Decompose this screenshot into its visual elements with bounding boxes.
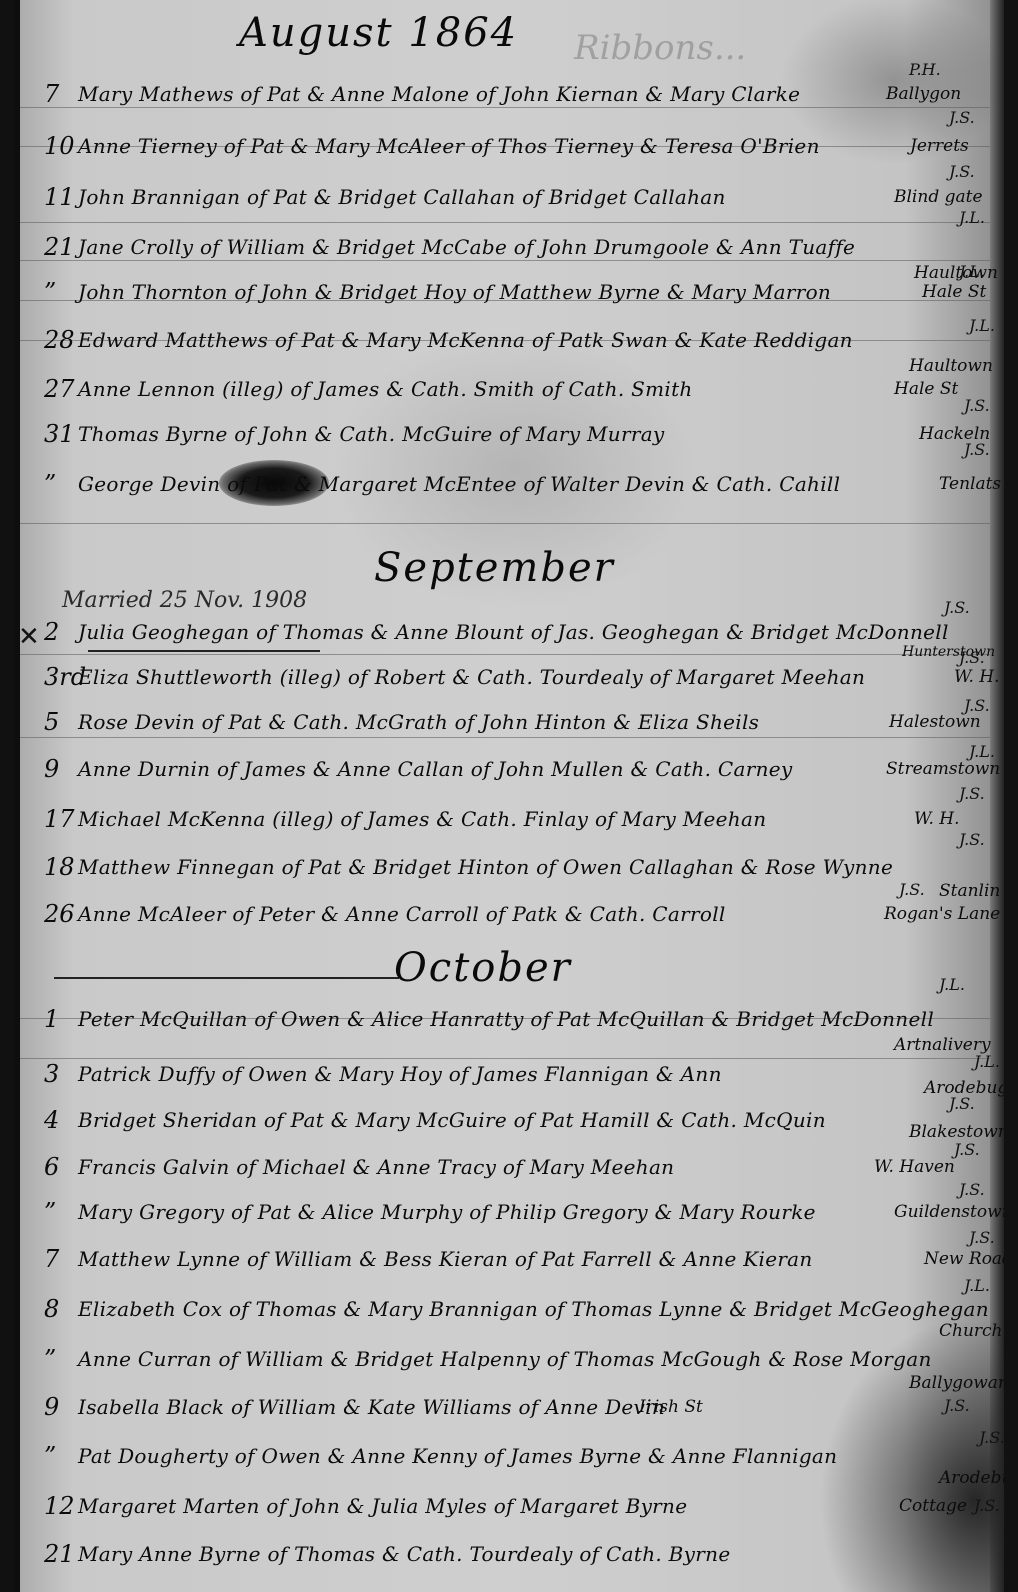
sponsor-initials: J.L. bbox=[959, 208, 985, 227]
entry-text: John Brannigan of Pat & Bridget Callahan… bbox=[78, 185, 726, 209]
sponsor-initials: J.S. bbox=[959, 648, 985, 667]
entry-place: Haultown bbox=[909, 356, 993, 376]
entry-text: Anne Tierney of Pat & Mary McAleer of Th… bbox=[78, 134, 820, 158]
sponsor-initials: J.S. bbox=[959, 830, 985, 849]
entry-place: W. H. bbox=[914, 809, 960, 829]
entry-text: Anne Lennon (illeg) of James & Cath. Smi… bbox=[78, 377, 693, 401]
entry-place: Ballygowan bbox=[909, 1373, 1004, 1393]
entry-place: Guildenstown bbox=[894, 1202, 1004, 1222]
sponsor-initials: J.S. bbox=[949, 162, 975, 181]
entry-place: Halestown bbox=[889, 712, 981, 732]
entry-place: Rogan's Lane bbox=[884, 904, 1000, 924]
entry-place: Ballygon bbox=[886, 84, 961, 104]
page-right-edge bbox=[990, 0, 1004, 1592]
entry-text: Eliza Shuttleworth (illeg) of Robert & C… bbox=[78, 665, 865, 689]
entry-place: Jerrets bbox=[910, 136, 969, 156]
bleed-through-text: Ribbons... bbox=[574, 28, 746, 68]
month-heading-september: September bbox=[374, 545, 615, 591]
entry-text: Michael McKenna (illeg) of James & Cath.… bbox=[78, 807, 766, 831]
sponsor-initials: J.S. bbox=[949, 108, 975, 127]
entry-place: Blind gate bbox=[894, 187, 983, 207]
entry-place: Cottage bbox=[899, 1496, 967, 1516]
sponsor-initials: J.S. bbox=[974, 1496, 1000, 1515]
sponsor-initials: J.L. bbox=[964, 1276, 990, 1295]
ruled-line bbox=[20, 523, 990, 524]
entry-text: Peter McQuillan of Owen & Alice Hanratty… bbox=[78, 1007, 934, 1031]
entry-place: Arodebug bbox=[939, 1468, 1004, 1488]
entry-text: Mary Mathews of Pat & Anne Malone of Joh… bbox=[78, 82, 800, 106]
sponsor-initials: J.L. bbox=[969, 742, 995, 761]
sponsor-initials: J.L. bbox=[969, 316, 995, 335]
sponsor-initials: J.S. bbox=[944, 1396, 970, 1415]
sponsor-initials: J.S. bbox=[954, 1140, 980, 1159]
sponsor-initials: J.L. bbox=[959, 262, 985, 281]
entry-text: Elizabeth Cox of Thomas & Mary Brannigan… bbox=[78, 1297, 989, 1321]
entry-text: Thomas Byrne of John & Cath. McGuire of … bbox=[78, 422, 665, 446]
entry-place: Blakestown bbox=[909, 1122, 1004, 1142]
entry-place: W. H. bbox=[954, 667, 1000, 687]
sponsor-initials: J.S. bbox=[959, 784, 985, 803]
ruled-line bbox=[20, 654, 990, 655]
cross-mark-icon: ✕ bbox=[18, 622, 40, 652]
entry-place: Church St bbox=[939, 1321, 1004, 1341]
entry-text: Patrick Duffy of Owen & Mary Hoy of Jame… bbox=[78, 1062, 722, 1086]
sponsor-initials: J.L. bbox=[939, 975, 965, 994]
month-heading-october: October bbox=[394, 945, 572, 991]
ruled-line bbox=[20, 737, 990, 738]
entry-text: Francis Galvin of Michael & Anne Tracy o… bbox=[78, 1155, 674, 1179]
sponsor-initials: J.L. bbox=[974, 1052, 1000, 1071]
entry-text: Julia Geoghegan of Thomas & Anne Blount … bbox=[78, 620, 949, 644]
entry-place: Stanlin bbox=[939, 881, 1000, 901]
entry-place: Streamstown bbox=[886, 759, 1000, 779]
entry-text: Pat Dougherty of Owen & Anne Kenny of Ja… bbox=[78, 1444, 837, 1468]
entry-text: Isabella Black of William & Kate William… bbox=[78, 1395, 665, 1419]
ruled-line bbox=[20, 107, 990, 108]
entry-text: Anne Durnin of James & Anne Callan of Jo… bbox=[78, 757, 793, 781]
sponsor-initials: J.S. bbox=[964, 696, 990, 715]
october-heading-rule bbox=[54, 977, 399, 979]
entry-text: Mary Gregory of Pat & Alice Murphy of Ph… bbox=[78, 1200, 816, 1224]
entry-place: Hale St bbox=[922, 282, 986, 302]
ruled-line bbox=[20, 260, 990, 261]
page-binding-edge bbox=[14, 0, 20, 1592]
sponsor-initials: J.S. bbox=[959, 1180, 985, 1199]
sponsor-initials: J.S. bbox=[944, 598, 970, 617]
ruled-line bbox=[20, 1058, 990, 1059]
entry-text: Matthew Lynne of William & Bess Kieran o… bbox=[78, 1247, 813, 1271]
register-page: Ribbons... August 1864 7 Mary Mathews of… bbox=[14, 0, 1004, 1592]
entry-place: New Road bbox=[924, 1249, 1004, 1269]
entry-text: George Devin of Pat & Margaret McEntee o… bbox=[78, 472, 840, 496]
marriage-annotation: Married 25 Nov. 1908 bbox=[62, 588, 307, 613]
entry-text: Margaret Marten of John & Julia Myles of… bbox=[78, 1494, 687, 1518]
name-underline bbox=[88, 650, 320, 652]
sponsor-initials: J.S. bbox=[964, 396, 990, 415]
entry-text: Jane Crolly of William & Bridget McCabe … bbox=[78, 235, 855, 259]
entry-text: Anne Curran of William & Bridget Halpenn… bbox=[78, 1347, 932, 1371]
ruled-line bbox=[20, 222, 990, 223]
entry-text: Bridget Sheridan of Pat & Mary McGuire o… bbox=[78, 1108, 826, 1132]
entry-text: Mary Anne Byrne of Thomas & Cath. Tourde… bbox=[78, 1542, 730, 1566]
entry-text: Matthew Finnegan of Pat & Bridget Hinton… bbox=[78, 855, 893, 879]
sponsor-initials: J.S. bbox=[899, 880, 925, 899]
entry-text: Rose Devin of Pat & Cath. McGrath of Joh… bbox=[78, 710, 759, 734]
month-heading-august: August 1864 bbox=[239, 10, 518, 56]
sponsor-initials: J.S. bbox=[949, 1094, 975, 1113]
entry-place: Hale St bbox=[894, 379, 958, 399]
entry-text: Edward Matthews of Pat & Mary McKenna of… bbox=[78, 328, 853, 352]
entry-text: John Thornton of John & Bridget Hoy of M… bbox=[78, 280, 831, 304]
entry-place: W. Haven bbox=[874, 1157, 955, 1177]
entry-place: Tenlats bbox=[939, 474, 1001, 494]
entry-text: Anne McAleer of Peter & Anne Carroll of … bbox=[78, 902, 726, 926]
sponsor-initials: J.S. bbox=[964, 440, 990, 459]
entry-place: Irish St bbox=[639, 1397, 703, 1417]
sponsor-initials: P.H. bbox=[909, 60, 941, 79]
entry-place: Haultown bbox=[914, 263, 998, 283]
sponsor-initials: J.S. bbox=[979, 1428, 1004, 1447]
sponsor-initials: J.S. bbox=[969, 1228, 995, 1247]
